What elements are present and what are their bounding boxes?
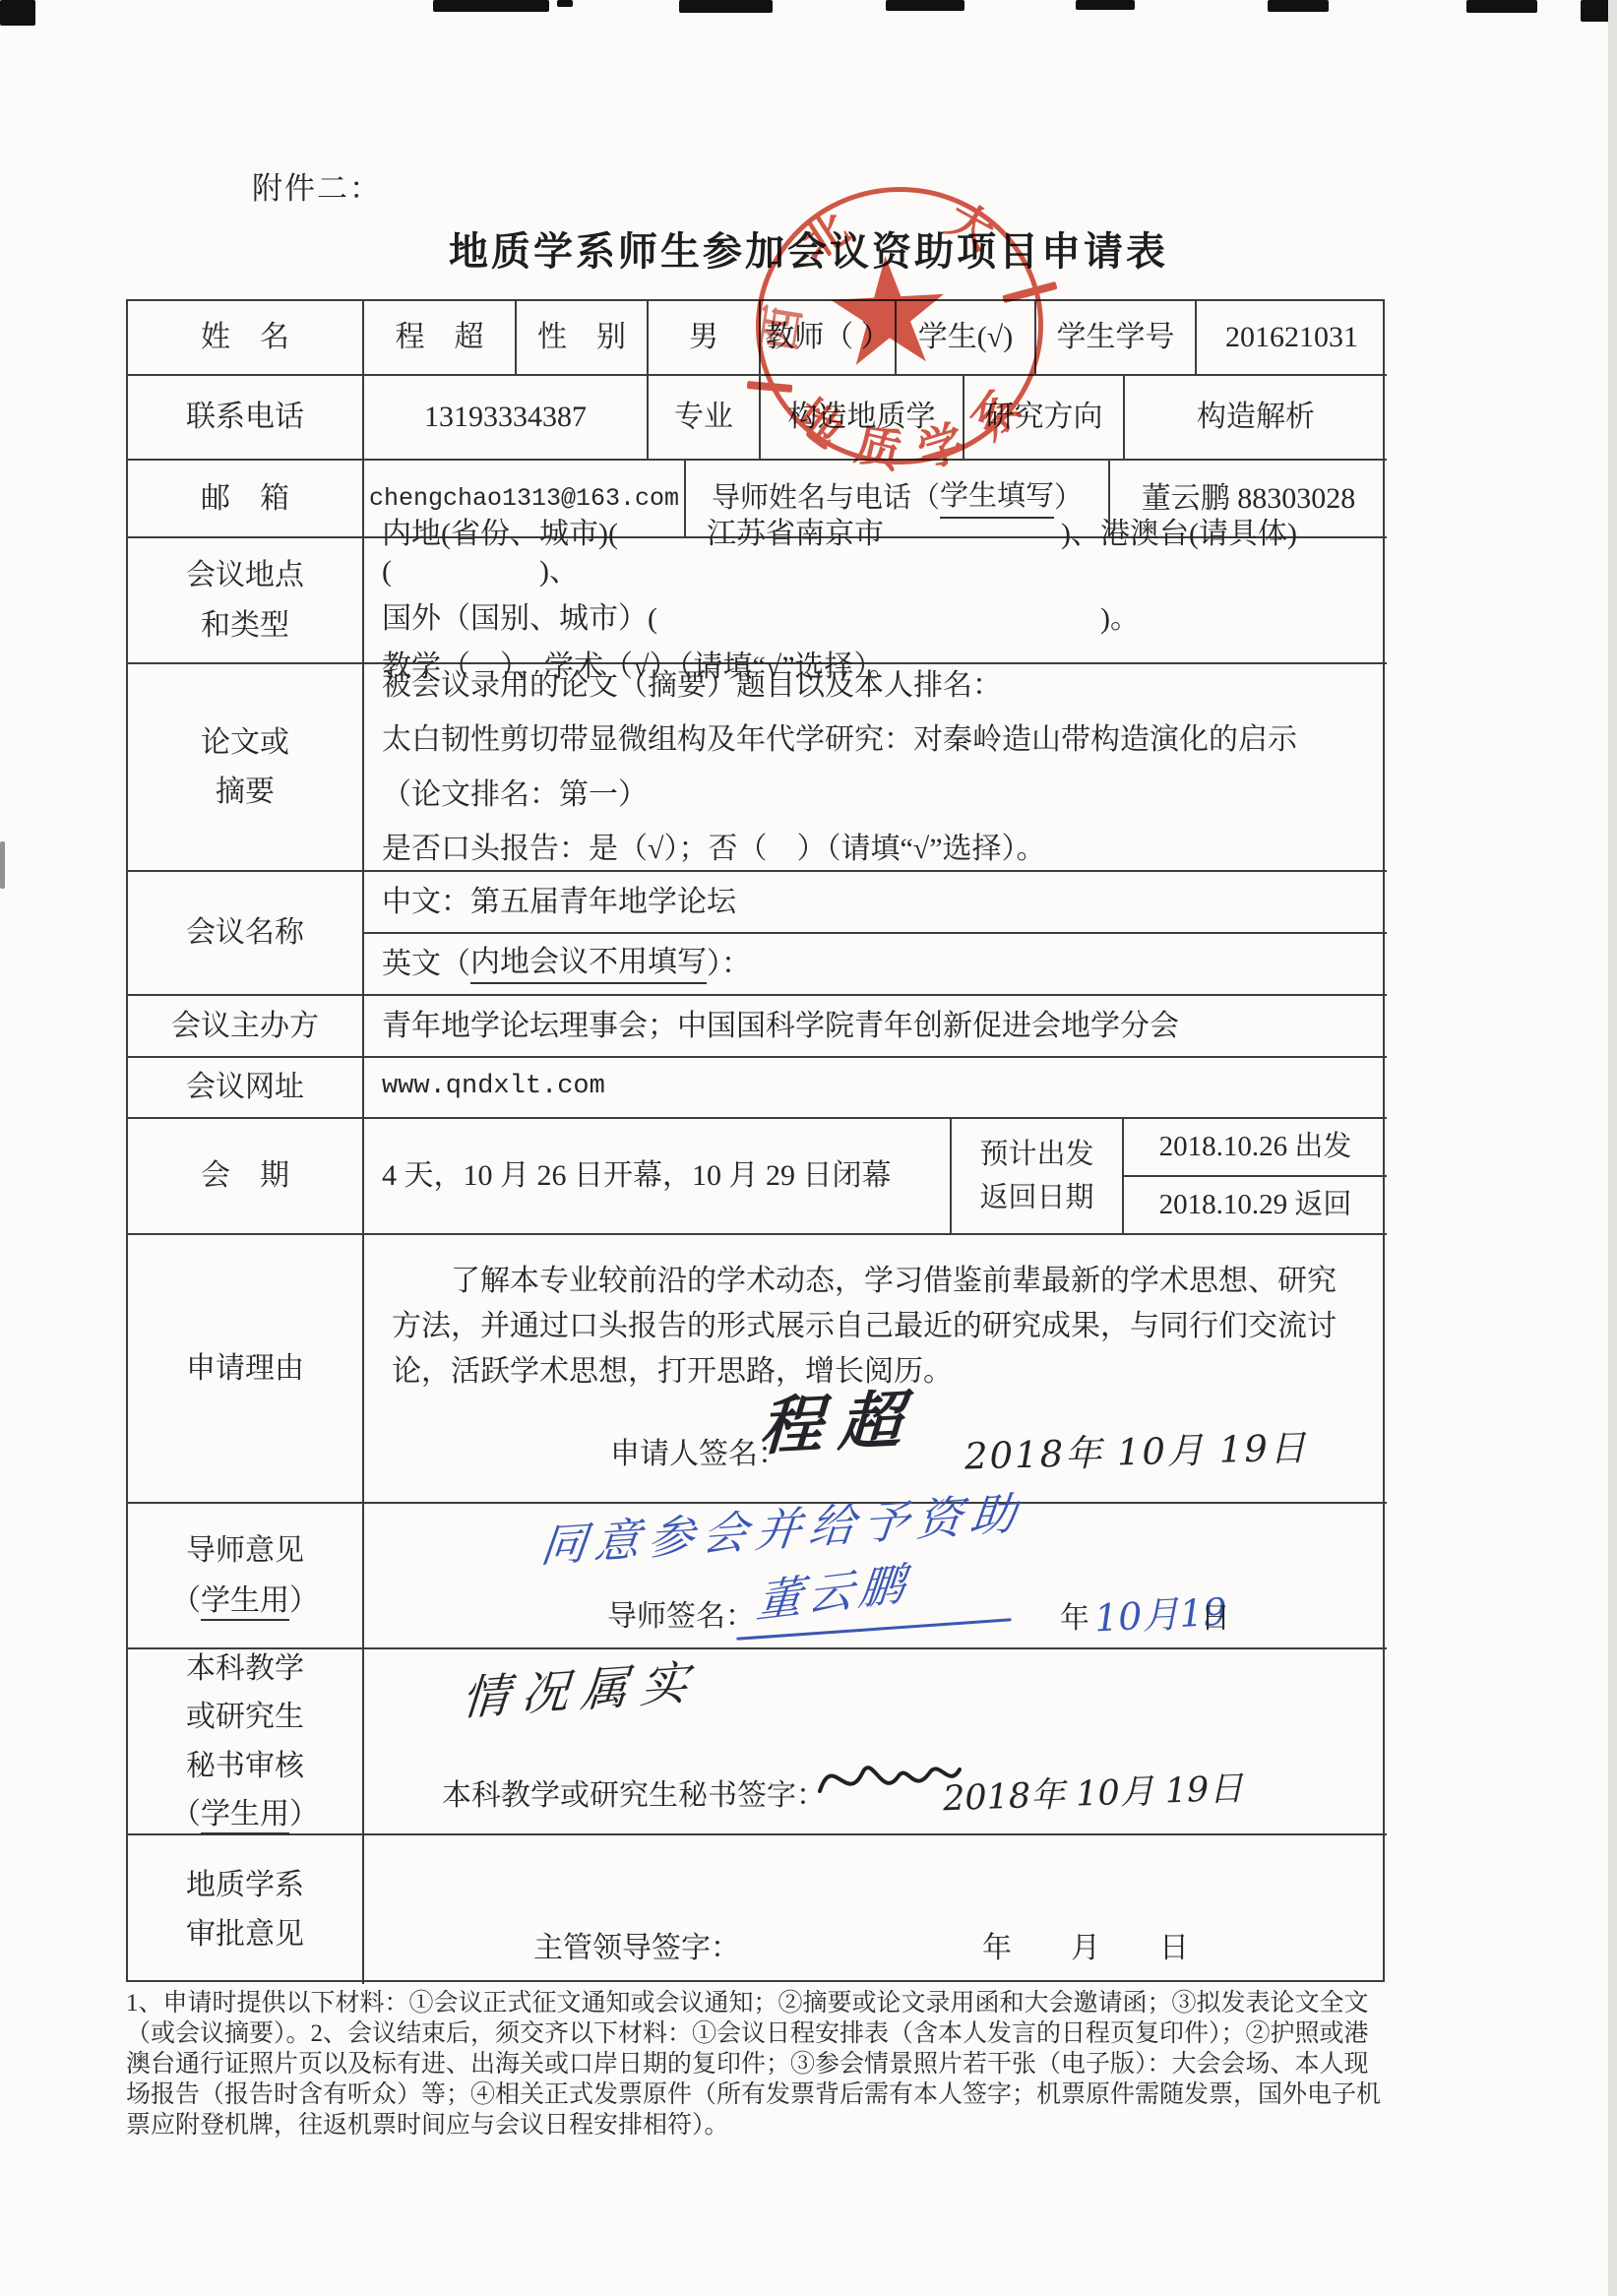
organizer-label: 会议主办方 [128,996,364,1058]
venue-label: 会议地点 和类型 [128,538,364,664]
supervisor-signature: 董云鹏 [754,1556,912,1631]
footer-notes: 1、申请时提供以下材料：①会议正式征文通知或会议通知；②摘要或论文录用函和大会邀… [126,1988,1400,2141]
supervisor-year-char: 年 [1060,1600,1089,1638]
secretary-comment-handwriting: 情况属实 [460,1653,702,1729]
secretary-signature-scribble [815,1744,963,1813]
travel-dates-label: 预计出发 返回日期 [952,1119,1124,1235]
email-label: 邮 箱 [128,461,364,538]
reason-label: 申请理由 [128,1235,364,1504]
conf-name-cn: 中文：第五届青年地学论坛 [364,872,1387,934]
duration-label: 会 期 [128,1119,364,1235]
footer-line: 场报告（报告时含有听众）等；④相关正式发票原件（所有发票背后需有本人签字；机票原… [126,2079,1400,2110]
phone-label: 联系电话 [128,376,364,461]
student-id-value: 201621031 [1197,301,1387,376]
supervisor-sign-label: 导师签名： [607,1598,755,1636]
supervisor-day-char: 日 [1201,1600,1230,1638]
leader-date-blank: 年 月 日 [982,1930,1189,1967]
name-label: 姓 名 [128,301,364,376]
supervisor-opinion-content: 同意参会并给予资助 导师签名： 董云鹏 年 10月19 日 [364,1504,1387,1649]
website-value: www.qndxlt.com [364,1058,1387,1119]
scanned-application-form: 附件二： 地质学系师生参加会议资助项目申请表 姓 名 程 超 性 别 男 教师（… [0,0,1617,2296]
depart-date: 2018.10.26 出发 [1124,1119,1387,1177]
secretary-review-label: 本科教学 或研究生 秘书审核 （学生用） [128,1649,364,1835]
name-value: 程 超 [364,301,517,376]
phone-value: 13193334387 [364,376,649,461]
footer-line: （或会议摘要）。2、会议结束后，须交齐以下材料：①会议日程安排表（含本人发言的日… [126,2018,1400,2049]
reason-content: 了解本专业较前沿的学术动态，学习借鉴前辈最新的学术思想、研究方法，并通过口头报告… [364,1235,1387,1504]
approval-content: 主管领导签字： 年 月 日 [364,1835,1387,1984]
website-label: 会议网址 [128,1058,364,1119]
venue-content: 内地(省份、城市)( 江苏省南京市 )、港澳台(请具体)( )、 国外（国别、城… [364,538,1387,664]
approval-label: 地质学系 审批意见 [128,1835,364,1984]
scan-edge-shadow [1608,0,1617,2296]
return-date: 2018.10.29 返回 [1124,1177,1387,1235]
direction-value: 构造解析 [1125,376,1387,461]
student-id-label: 学生学号 [1036,301,1197,376]
secretary-review-content: 情况属实 本科教学或研究生秘书签字： 2018年 10月 19日 [364,1649,1387,1835]
department-seal: ★ 北 大 西 地 质 学 系 [749,180,1050,472]
major-label: 专业 [649,376,761,461]
footer-line: 澳台通行证照片页以及标有进、出海关或口岸日期的复印件；③参会情景照片若干张（电子… [126,2049,1400,2079]
footer-line: 票应附登机牌，往返机票时间应与会议日程安排相符）。 [126,2110,1400,2141]
applicant-signature: 程超 [758,1381,920,1467]
conf-name-label: 会议名称 [128,872,364,996]
applicant-sign-date: 2018年 10月 19日 [964,1425,1308,1479]
paper-label: 论文或 摘要 [128,664,364,872]
reason-paragraph: 了解本专业较前沿的学术动态，学习借鉴前辈最新的学术思想、研究方法，并通过口头报告… [392,1259,1361,1395]
footer-line: 1、申请时提供以下材料：①会议正式征文通知或会议通知；②摘要或论文录用函和大会邀… [126,1988,1400,2018]
paper-content: 被会议录用的论文（摘要）题目以及本人排名： 太白韧性剪切带显微组构及年代学研究：… [364,664,1387,872]
organizer-value: 青年地学论坛理事会；中国国科学院青年创新促进会地学分会 [364,996,1387,1058]
application-form-table: 姓 名 程 超 性 别 男 教师（ ） 学生(√) 学生学号 201621031… [126,299,1385,1982]
conf-name-en: 英文（内地会议不用填写）： [364,934,1387,996]
secretary-sign-label: 本科教学或研究生秘书签字： [442,1777,826,1815]
leader-sign-label: 主管领导签字： [533,1930,740,1967]
duration-value: 4 天，10 月 26 日开幕，10 月 29 日闭幕 [364,1119,952,1235]
secretary-sign-date: 2018年 10月 19日 [942,1769,1244,1822]
attachment-label: 附件二： [252,163,382,208]
supervisor-opinion-label: 导师意见 （学生用） [128,1504,364,1649]
gender-label: 性 别 [517,301,649,376]
